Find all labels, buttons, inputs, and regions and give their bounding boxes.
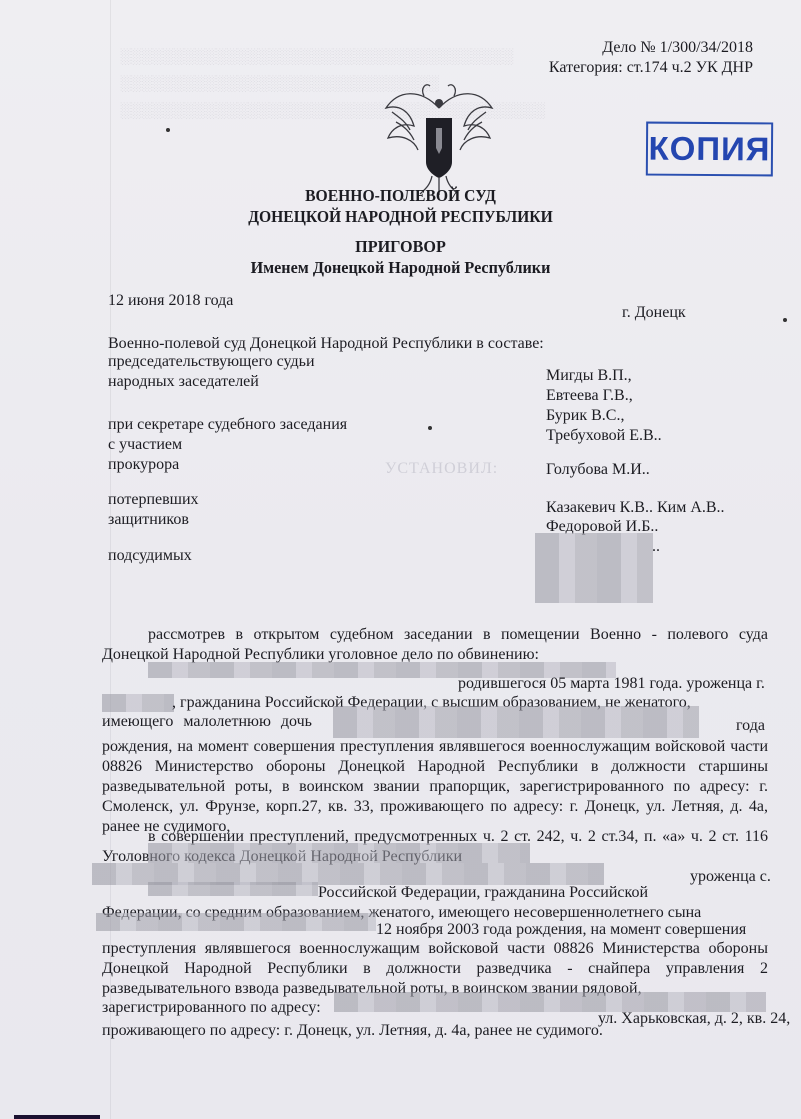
participant-label-prosecutor: прокурора [108, 455, 179, 475]
court-title: ВОЕННО-ПОЛЕВОЙ СУД ДОНЕЦКОЙ НАРОДНОЙ РЕС… [32, 185, 769, 227]
participant-name-prosecutor: Голубова М.И.. [546, 461, 650, 479]
speck [166, 128, 170, 132]
redacted-registration-address [334, 992, 766, 1012]
participant-label-victims: потерпевших [108, 490, 199, 510]
participant-label-judge: председательствующего судьи [108, 352, 315, 372]
defendant2-son-birth: 12 ноября 2003 года рождения, на момент … [376, 921, 746, 939]
speck [783, 318, 787, 322]
participant-label-defenders: защитников [108, 510, 189, 530]
verdict-title: ПРИГОВОР [20, 236, 781, 257]
defendant2-citizenship: Российской Федерации, гражданина Российс… [318, 884, 648, 902]
participant-label-secretary: при секретаре судебного заседания [108, 415, 347, 435]
defendant1-daughter: имеющего малолетнюю дочь [102, 713, 312, 731]
redacted-region [148, 882, 318, 896]
defendant2-residence: проживающего по адресу: г. Донецк, ул. Л… [102, 1022, 603, 1040]
participant-label-assessors: народных заседателей [108, 372, 259, 392]
defendant1-birth: родившегося 05 марта 1981 года. уроженца… [458, 675, 765, 693]
participant-name-victims: Казакевич К.В.. Ким А.В.. [546, 499, 725, 517]
redaction-ellipsis: .. [652, 538, 660, 556]
participant-label-with: с участием [108, 435, 182, 455]
redacted-defendant2-name [148, 843, 530, 863]
verdict-subtitle: Именем Донецкой Народной Республики [20, 257, 781, 278]
redacted-daughter-name [333, 706, 699, 738]
scan-edge [14, 1115, 100, 1119]
defendant2-birthplace: уроженца с. [690, 868, 771, 886]
coat-of-arms-icon [380, 78, 498, 196]
defendant2-service: преступления являвшегося военнослужащим … [102, 939, 768, 999]
case-review-paragraph: рассмотрев в открытом судебном заседании… [102, 625, 768, 665]
redacted-defendant-names [535, 533, 653, 603]
composition-intro: Военно-полевой суд Донецкой Народной Рес… [108, 335, 544, 353]
court-title-line1: ВОЕННО-ПОЛЕВОЙ СУД [32, 185, 769, 206]
defendant1-details: рождения, на момент совершения преступле… [102, 737, 768, 837]
verdict-city: г. Донецк [622, 304, 686, 322]
copy-stamp: КОПИЯ [646, 122, 773, 177]
redacted-birthplace [102, 694, 174, 712]
case-category: Категория: ст.174 ч.2 УК ДНР [549, 58, 753, 78]
redacted-son-name [96, 913, 376, 931]
case-info: Дело № 1/300/34/2018 Категория: ст.174 ч… [549, 38, 753, 78]
speck [428, 426, 432, 430]
document-page: ░░░░░░░░░░░░░░░░░░░░░░░░░░░░░░░░░░░░░ ░░… [0, 0, 801, 1119]
case-number: Дело № 1/300/34/2018 [549, 38, 753, 58]
verdict-date: 12 июня 2018 года [108, 292, 233, 310]
participant-name-secretary: Требуховой Е.В.. [546, 427, 662, 445]
participant-name-assessor-1: Евтеева Г.В., [546, 387, 633, 405]
defendant2-registered-label: зарегистрированного по адресу: [102, 999, 321, 1017]
participant-name-assessor-2: Бурик В.С., [546, 407, 624, 425]
defendant2-registered-end: ул. Харьковская, д. 2, кв. 24, [598, 1010, 790, 1028]
bleed-through-heading: УСТАНОВИЛ: [385, 460, 498, 478]
verdict-heading: ПРИГОВОР Именем Донецкой Народной Респуб… [20, 236, 781, 278]
defendant1-year-word: года [736, 717, 765, 735]
court-title-line2: ДОНЕЦКОЙ НАРОДНОЙ РЕСПУБЛИКИ [32, 206, 769, 227]
participant-name-judge: Мигды В.П., [546, 367, 632, 385]
participant-label-defendants: подсудимых [108, 546, 192, 566]
